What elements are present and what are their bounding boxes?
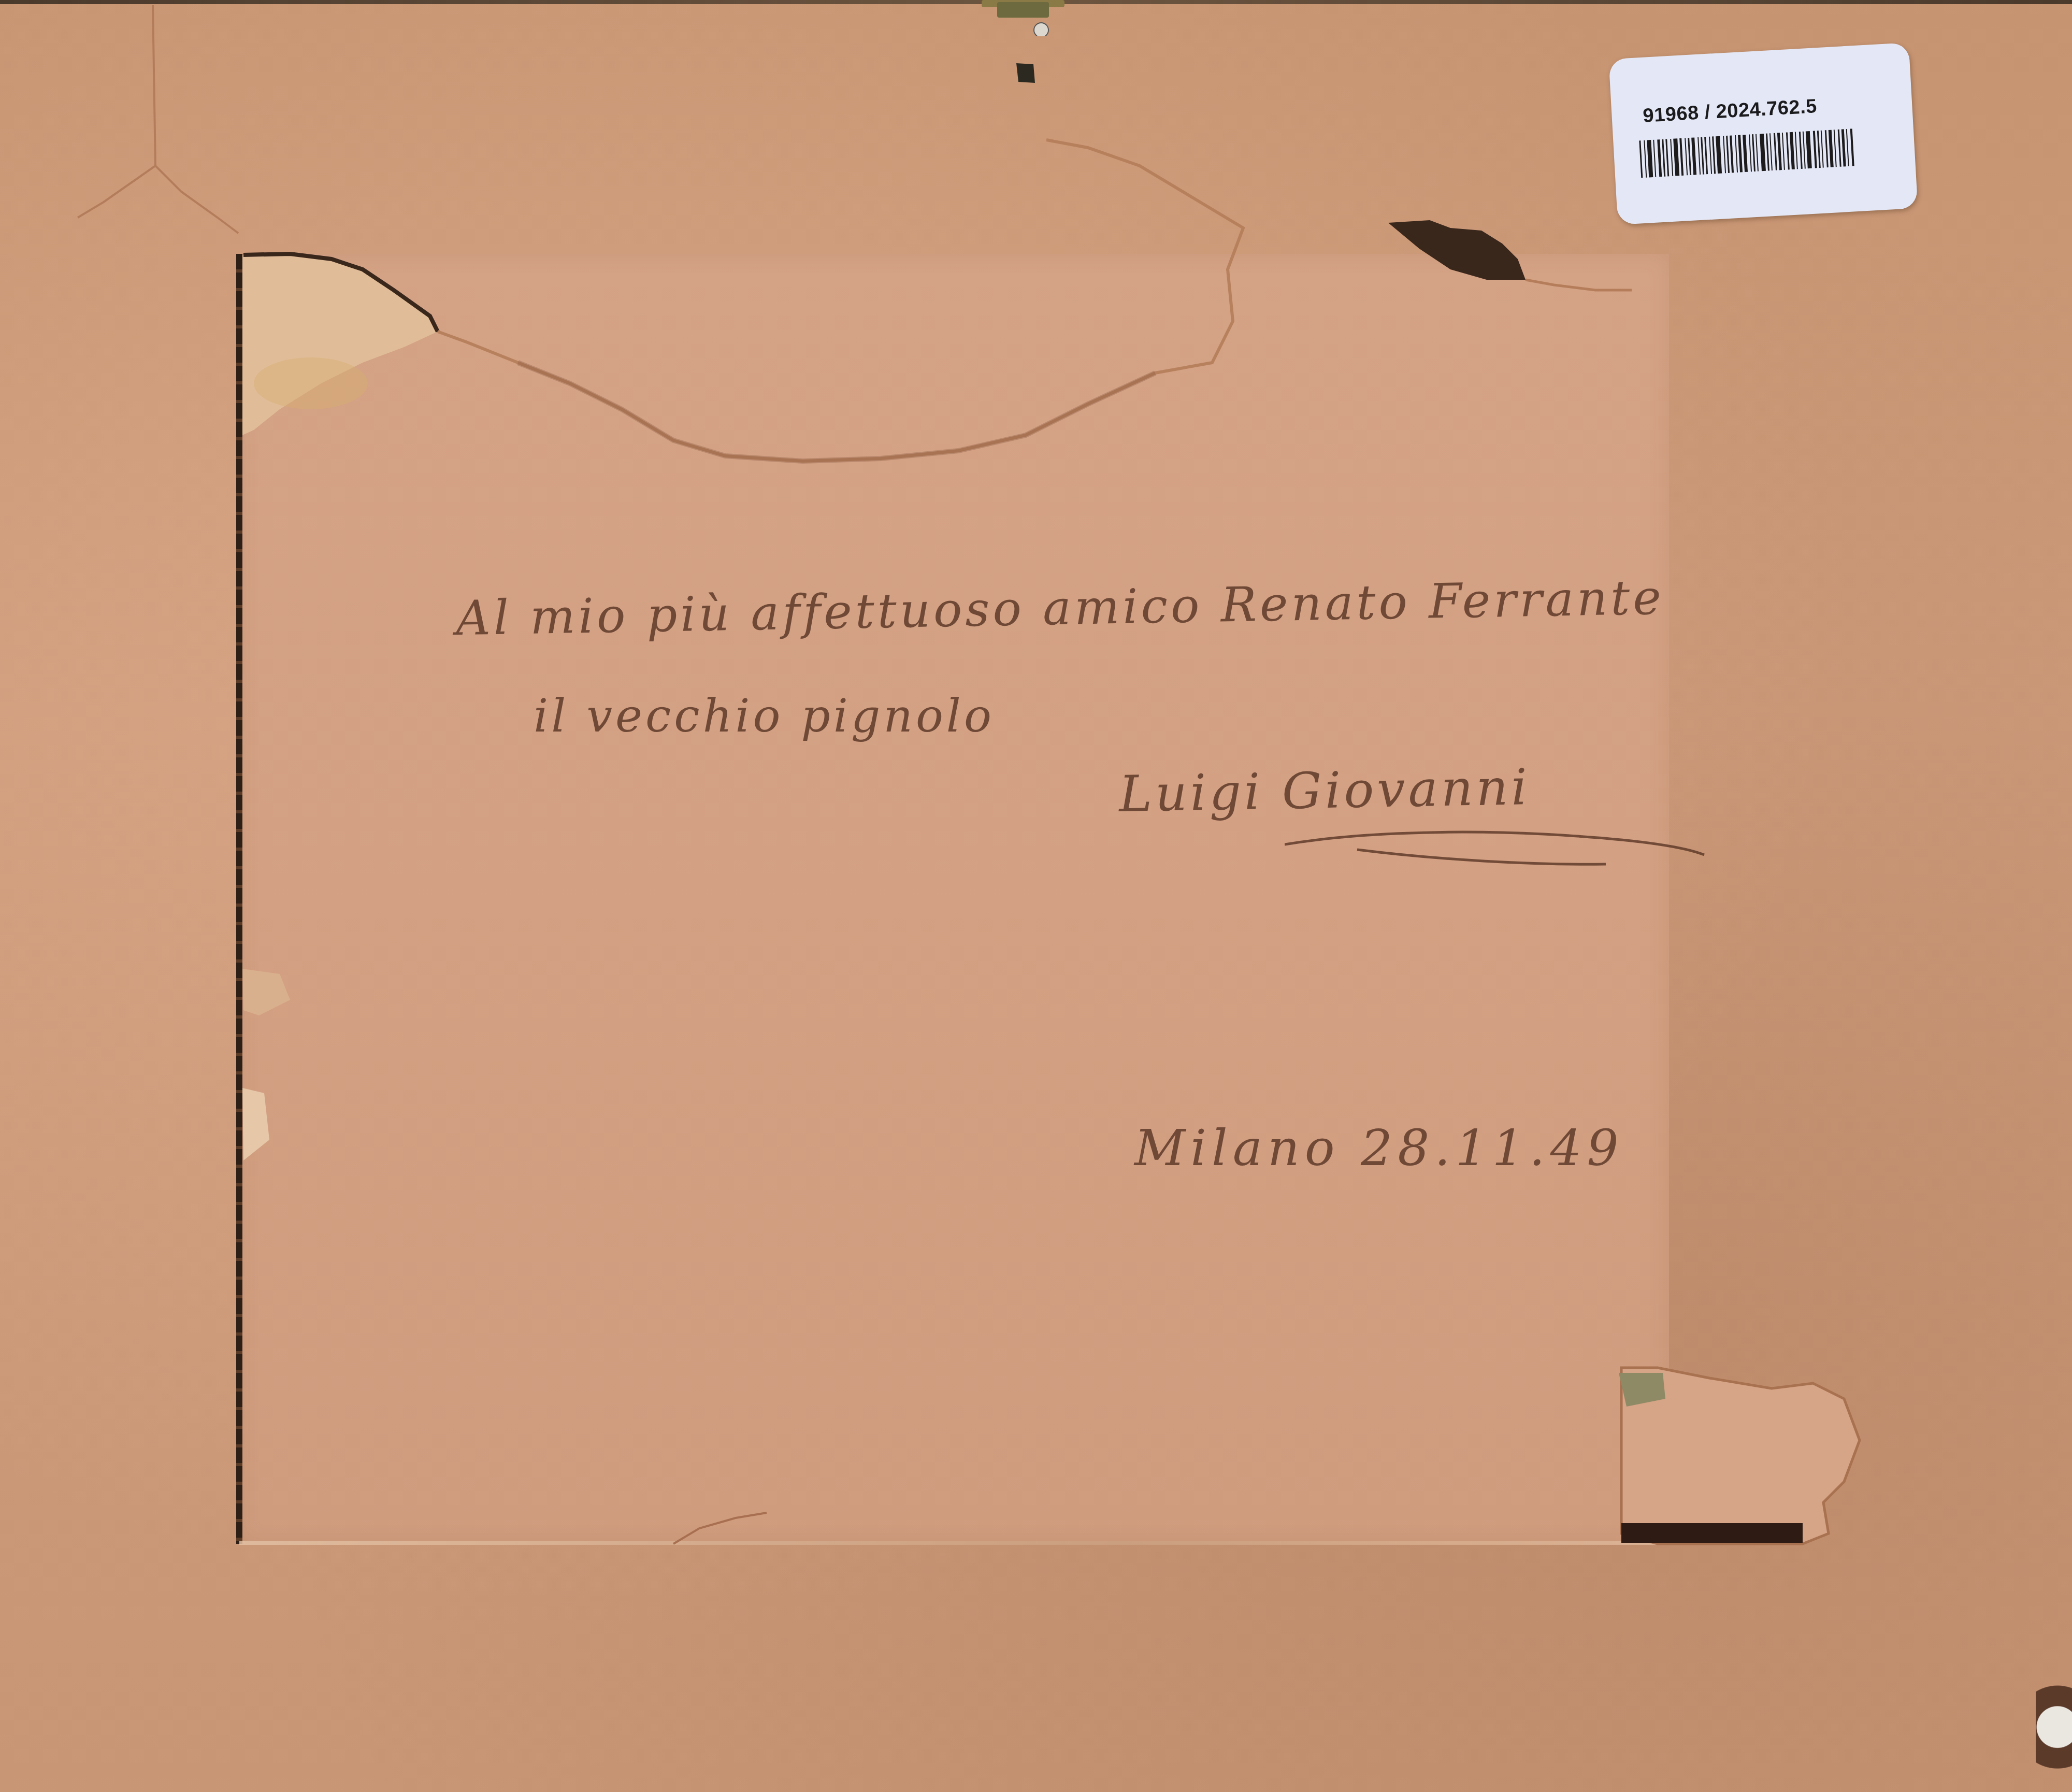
barcode-bar bbox=[1790, 132, 1795, 169]
barcode-bar bbox=[1662, 139, 1665, 177]
barcode-bar bbox=[1738, 135, 1743, 172]
barcode-bar bbox=[1709, 137, 1712, 174]
barcode-bar bbox=[1752, 134, 1756, 171]
barcode-bar bbox=[1846, 129, 1849, 166]
barcode-bar bbox=[1850, 128, 1854, 166]
barcode-bar bbox=[1760, 134, 1766, 171]
place-and-date: Milano 28.11.49 bbox=[1134, 1119, 1624, 1177]
barcode-bar bbox=[1665, 139, 1669, 176]
barcode-bar bbox=[1644, 140, 1647, 178]
hanger-clip-icon bbox=[982, 0, 1064, 36]
barcode-bar bbox=[1829, 130, 1834, 167]
barcode-bar bbox=[1749, 134, 1752, 171]
barcode-bar bbox=[1841, 129, 1846, 166]
barcode-bar bbox=[1657, 139, 1662, 177]
barcode-bar bbox=[1786, 132, 1790, 169]
barcode-bar bbox=[1838, 130, 1841, 167]
barcode-bar bbox=[1723, 136, 1726, 173]
barcode-bar bbox=[1647, 140, 1653, 177]
inventory-number: 91968 / 2024.762.5 bbox=[1643, 91, 1892, 127]
barcode-bar bbox=[1653, 140, 1656, 177]
barcode-bar bbox=[1813, 131, 1817, 168]
barcode-bar bbox=[1673, 138, 1679, 176]
barcode-bar bbox=[1697, 137, 1701, 175]
tear-flap-outline bbox=[438, 140, 1243, 461]
barcode-bar bbox=[1777, 133, 1782, 170]
tear-upper-right-hole bbox=[1388, 220, 1526, 280]
barcode-bar bbox=[1701, 137, 1704, 175]
barcode-bar bbox=[1730, 135, 1734, 173]
barcode-bar bbox=[1670, 139, 1673, 176]
barcode-bar bbox=[1743, 135, 1748, 172]
barcode-bar bbox=[1821, 131, 1824, 168]
barcode-bar bbox=[1688, 138, 1691, 175]
barcode-bar bbox=[1766, 134, 1769, 171]
barcode-bar bbox=[1685, 138, 1688, 175]
barcode-bar bbox=[1679, 138, 1683, 176]
barcode-bar bbox=[1639, 140, 1643, 178]
barcode-bar bbox=[1756, 134, 1759, 171]
barcode-bar bbox=[1817, 131, 1821, 168]
barcode-icon bbox=[1639, 127, 1889, 178]
barcode-bar bbox=[1799, 132, 1803, 169]
label-card: 91968 / 2024.762.5 bbox=[1608, 42, 1918, 225]
barcode-bar bbox=[1834, 130, 1837, 167]
barcode-bar bbox=[1769, 133, 1773, 170]
barcode-bar bbox=[1712, 136, 1716, 174]
barcode-bar bbox=[1795, 132, 1798, 169]
small-hole bbox=[1016, 63, 1035, 83]
barcode-bar bbox=[1782, 133, 1785, 170]
barcode-bar bbox=[1806, 131, 1812, 168]
barcode-bar bbox=[1803, 132, 1806, 169]
barcode-bar bbox=[1735, 135, 1738, 173]
inventory-label: 91968 / 2024.762.5 bbox=[1602, 26, 1925, 241]
barcode-bar bbox=[1774, 133, 1777, 170]
barcode-bar bbox=[1716, 136, 1722, 174]
barcode-bar bbox=[1704, 137, 1708, 174]
barcode-bar bbox=[1825, 130, 1829, 167]
signature-flourish bbox=[1285, 824, 1709, 870]
barcode-bar bbox=[1726, 136, 1730, 173]
torn-paper-areas bbox=[0, 0, 2072, 1792]
barcode-bar bbox=[1691, 137, 1696, 175]
signature: Luigi Giovanni bbox=[1118, 758, 1531, 823]
inscription-line-2: il vecchio pignolo bbox=[534, 689, 995, 742]
frame-corner-chip bbox=[2036, 1684, 2072, 1792]
tear-upper-left bbox=[242, 254, 438, 435]
